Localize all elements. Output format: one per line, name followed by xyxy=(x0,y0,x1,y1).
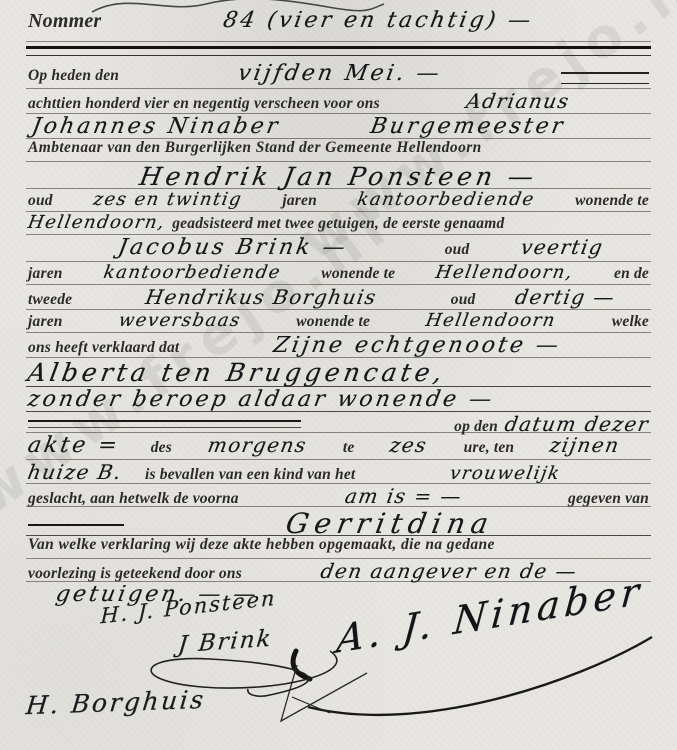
signature-witness2: H. Borghuis xyxy=(25,685,208,720)
registrar-line: Johannes Ninaber Burgemeester xyxy=(26,114,651,139)
des-label: des xyxy=(151,439,172,457)
declarant-age: zes en twintig xyxy=(58,189,277,210)
closing-printed-2: voorlezing is geteekend door ons xyxy=(28,565,242,583)
declarant-details-line: oud zes en twintig jaren kantoorbediende… xyxy=(26,189,651,212)
declaration-line: ons heeft verklaard dat Zijne echtgenoot… xyxy=(26,333,651,358)
whose-hand: zijnen xyxy=(519,433,651,457)
birth-line: huize B. is bevallen van een kind van he… xyxy=(26,460,651,484)
te-label: te xyxy=(343,439,355,457)
years-label: jaren xyxy=(282,192,317,210)
registrar-firstname: Adrianus xyxy=(385,89,651,113)
declarant-name: Hendrik Jan Ponsteen — xyxy=(25,162,651,191)
birth-record-scan: www.frejo.nl www.frejo.nl Nommer 84 (vie… xyxy=(0,0,677,750)
witness1-age: veertig xyxy=(474,235,651,259)
years-label: jaren xyxy=(28,265,63,283)
child-name-line: Gerritdina xyxy=(26,507,651,536)
child-name: Gerritdina xyxy=(128,507,652,540)
aged-label: oud xyxy=(445,241,470,259)
and-the-label: en de xyxy=(614,265,649,283)
spouse-clause: Zijne echtgenoote — xyxy=(184,333,651,358)
born-printed-label: is bevallen van een kind van het xyxy=(145,466,355,484)
filler-dash xyxy=(561,72,649,84)
witness1-occupation: kantoorbediende xyxy=(68,262,316,283)
witness1-name: Jacobus Brink — xyxy=(26,235,440,260)
filler-line xyxy=(28,420,301,428)
number-line: Nommer 84 (vier en tachtig) — xyxy=(26,8,651,42)
time-line: akte = des morgens te zes ure, ten zijne… xyxy=(26,433,651,460)
am-is-hand: am is = — xyxy=(244,484,564,508)
witness2-occupation: weversbaas xyxy=(68,310,291,331)
declared-printed-label: ons heeft verklaard dat xyxy=(28,339,179,357)
mother-occupation: zonder beroep aldaar wonende — xyxy=(26,387,497,412)
daypart: morgens xyxy=(177,433,338,457)
declarant-occupation: kantoorbediende xyxy=(322,189,570,210)
witness2-line: tweede Hendrikus Borghuis oud dertig — xyxy=(26,285,651,310)
date-of-deed-line: op den datum dezer xyxy=(26,412,651,433)
header-divider xyxy=(26,46,651,56)
aged-label: oud xyxy=(28,192,53,210)
aged-label: oud xyxy=(451,291,476,309)
which-label: welke xyxy=(612,313,649,331)
official-printed-label: Ambtenaar van den Burgerlijken Stand der… xyxy=(28,139,482,157)
years-label: jaren xyxy=(28,313,63,331)
witness1-details-line: jaren kantoorbediende wonende te Hellend… xyxy=(26,262,651,285)
form-body: Nommer 84 (vier en tachtig) — Op heden d… xyxy=(0,0,677,607)
filler-dash xyxy=(28,524,124,526)
signature-declarant: H. J. Ponsteen xyxy=(100,586,277,629)
year-line: achttien honderd vier en negentig versch… xyxy=(26,89,651,114)
nommer-value: 84 (vier en tachtig) — xyxy=(106,8,651,33)
signature-witness1: J Brink xyxy=(177,626,274,659)
nommer-label: Nommer xyxy=(28,10,101,33)
witness1-line: Jacobus Brink — oud veertig xyxy=(26,235,651,262)
witness2-residence: Hellendoorn xyxy=(375,310,606,331)
closing-line-2: voorlezing is geteekend door ons den aan… xyxy=(26,559,651,582)
witness2-details-line: jaren weversbaas wonende te Hellendoorn … xyxy=(26,310,651,333)
residing-label: wonende te xyxy=(575,192,649,210)
residing-label: wonende te xyxy=(296,313,370,331)
hour: zes xyxy=(359,433,458,457)
registrar-name: Johannes Ninaber xyxy=(30,114,283,139)
witnesses-clause: geadsisteerd met twee getuigen, de eerst… xyxy=(172,215,649,233)
mother-name-line: Alberta ten Bruggencate, xyxy=(26,358,651,387)
ure-label: ure, ten xyxy=(464,439,515,457)
witness1-residence: Hellendoorn, xyxy=(400,262,608,283)
date-printed-label: Op heden den xyxy=(28,67,119,85)
date-line: Op heden den vijfden Mei. — xyxy=(26,61,651,89)
name-given-line: geslacht, aan hetwelk de voorna am is = … xyxy=(26,484,651,507)
huize-hand: huize B. xyxy=(26,460,124,484)
mother-occupation-line: zonder beroep aldaar wonende — xyxy=(26,387,651,412)
witness2-name: Hendrikus Borghuis xyxy=(77,285,446,309)
given-printed-label: gegeven van xyxy=(568,490,649,508)
declarant-residence: Hellendoorn, xyxy=(26,212,167,233)
mother-name: Alberta ten Bruggencate, xyxy=(25,358,448,387)
declarant-line: Hendrik Jan Ponsteen — xyxy=(26,162,651,189)
witness2-age: dertig — xyxy=(480,285,651,309)
official-line: Ambtenaar van den Burgerlijken Stand der… xyxy=(26,139,651,162)
residence-witness-line: Hellendoorn, geadsisteerd met twee getui… xyxy=(26,212,651,235)
date-value: vijfden Mei. — xyxy=(124,61,556,86)
ninaber-paraph-tail xyxy=(255,665,375,730)
registrar-title: Burgemeester xyxy=(285,114,651,139)
signature-block: A. J. Ninaber H. J. Ponsteen J Brink H. … xyxy=(0,585,677,750)
akte-hand: akte = xyxy=(26,433,122,458)
residing-label: wonende te xyxy=(321,265,395,283)
gender: vrouwelijk xyxy=(361,463,651,484)
year-printed-label: achttien honderd vier en negentig versch… xyxy=(28,95,380,113)
second-label: tweede xyxy=(28,291,72,309)
geslacht-printed-label: geslacht, aan hetwelk de voorna xyxy=(28,490,239,508)
